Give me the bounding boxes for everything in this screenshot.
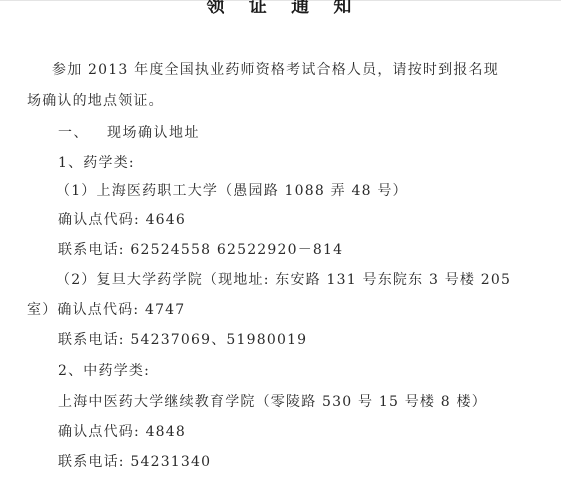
category-label-tcm: 2、中药学类: [58,362,150,380]
category-label-pharmacy: 1、药学类: [58,154,135,172]
document-title: 领 证 通 知 [0,0,561,19]
section-number: 一、 [58,125,89,141]
site-2-code: 室）确认点代码: 4747 [27,301,185,319]
site-1-code: 确认点代码: 4646 [58,211,186,229]
section-heading: 一、现场确认地址 [58,124,200,142]
site-3-code: 确认点代码: 4848 [58,423,186,441]
site-2-phone: 联系电话: 54237069、51980019 [58,331,307,349]
intro-line-1: 参加 2013 年度全国执业药师资格考试合格人员，请按时到报名现 [52,61,499,79]
section-heading-text: 现场确认地址 [107,125,200,141]
site-3-phone: 联系电话: 54231340 [58,453,211,471]
site-2-name: （2）复旦大学药学院（现地址: 东安路 131 号东院东 3 号楼 205 [56,271,511,289]
site-1-phone: 联系电话: 62524558 62522920－814 [58,241,343,259]
intro-line-2: 场确认的地点领证。 [27,92,164,110]
site-1-name: （1）上海医药职工大学（愚园路 1088 弄 48 号） [56,182,408,200]
site-3-name: 上海中医药大学继续教育学院（零陵路 530 号 15 号楼 8 楼） [58,393,487,411]
